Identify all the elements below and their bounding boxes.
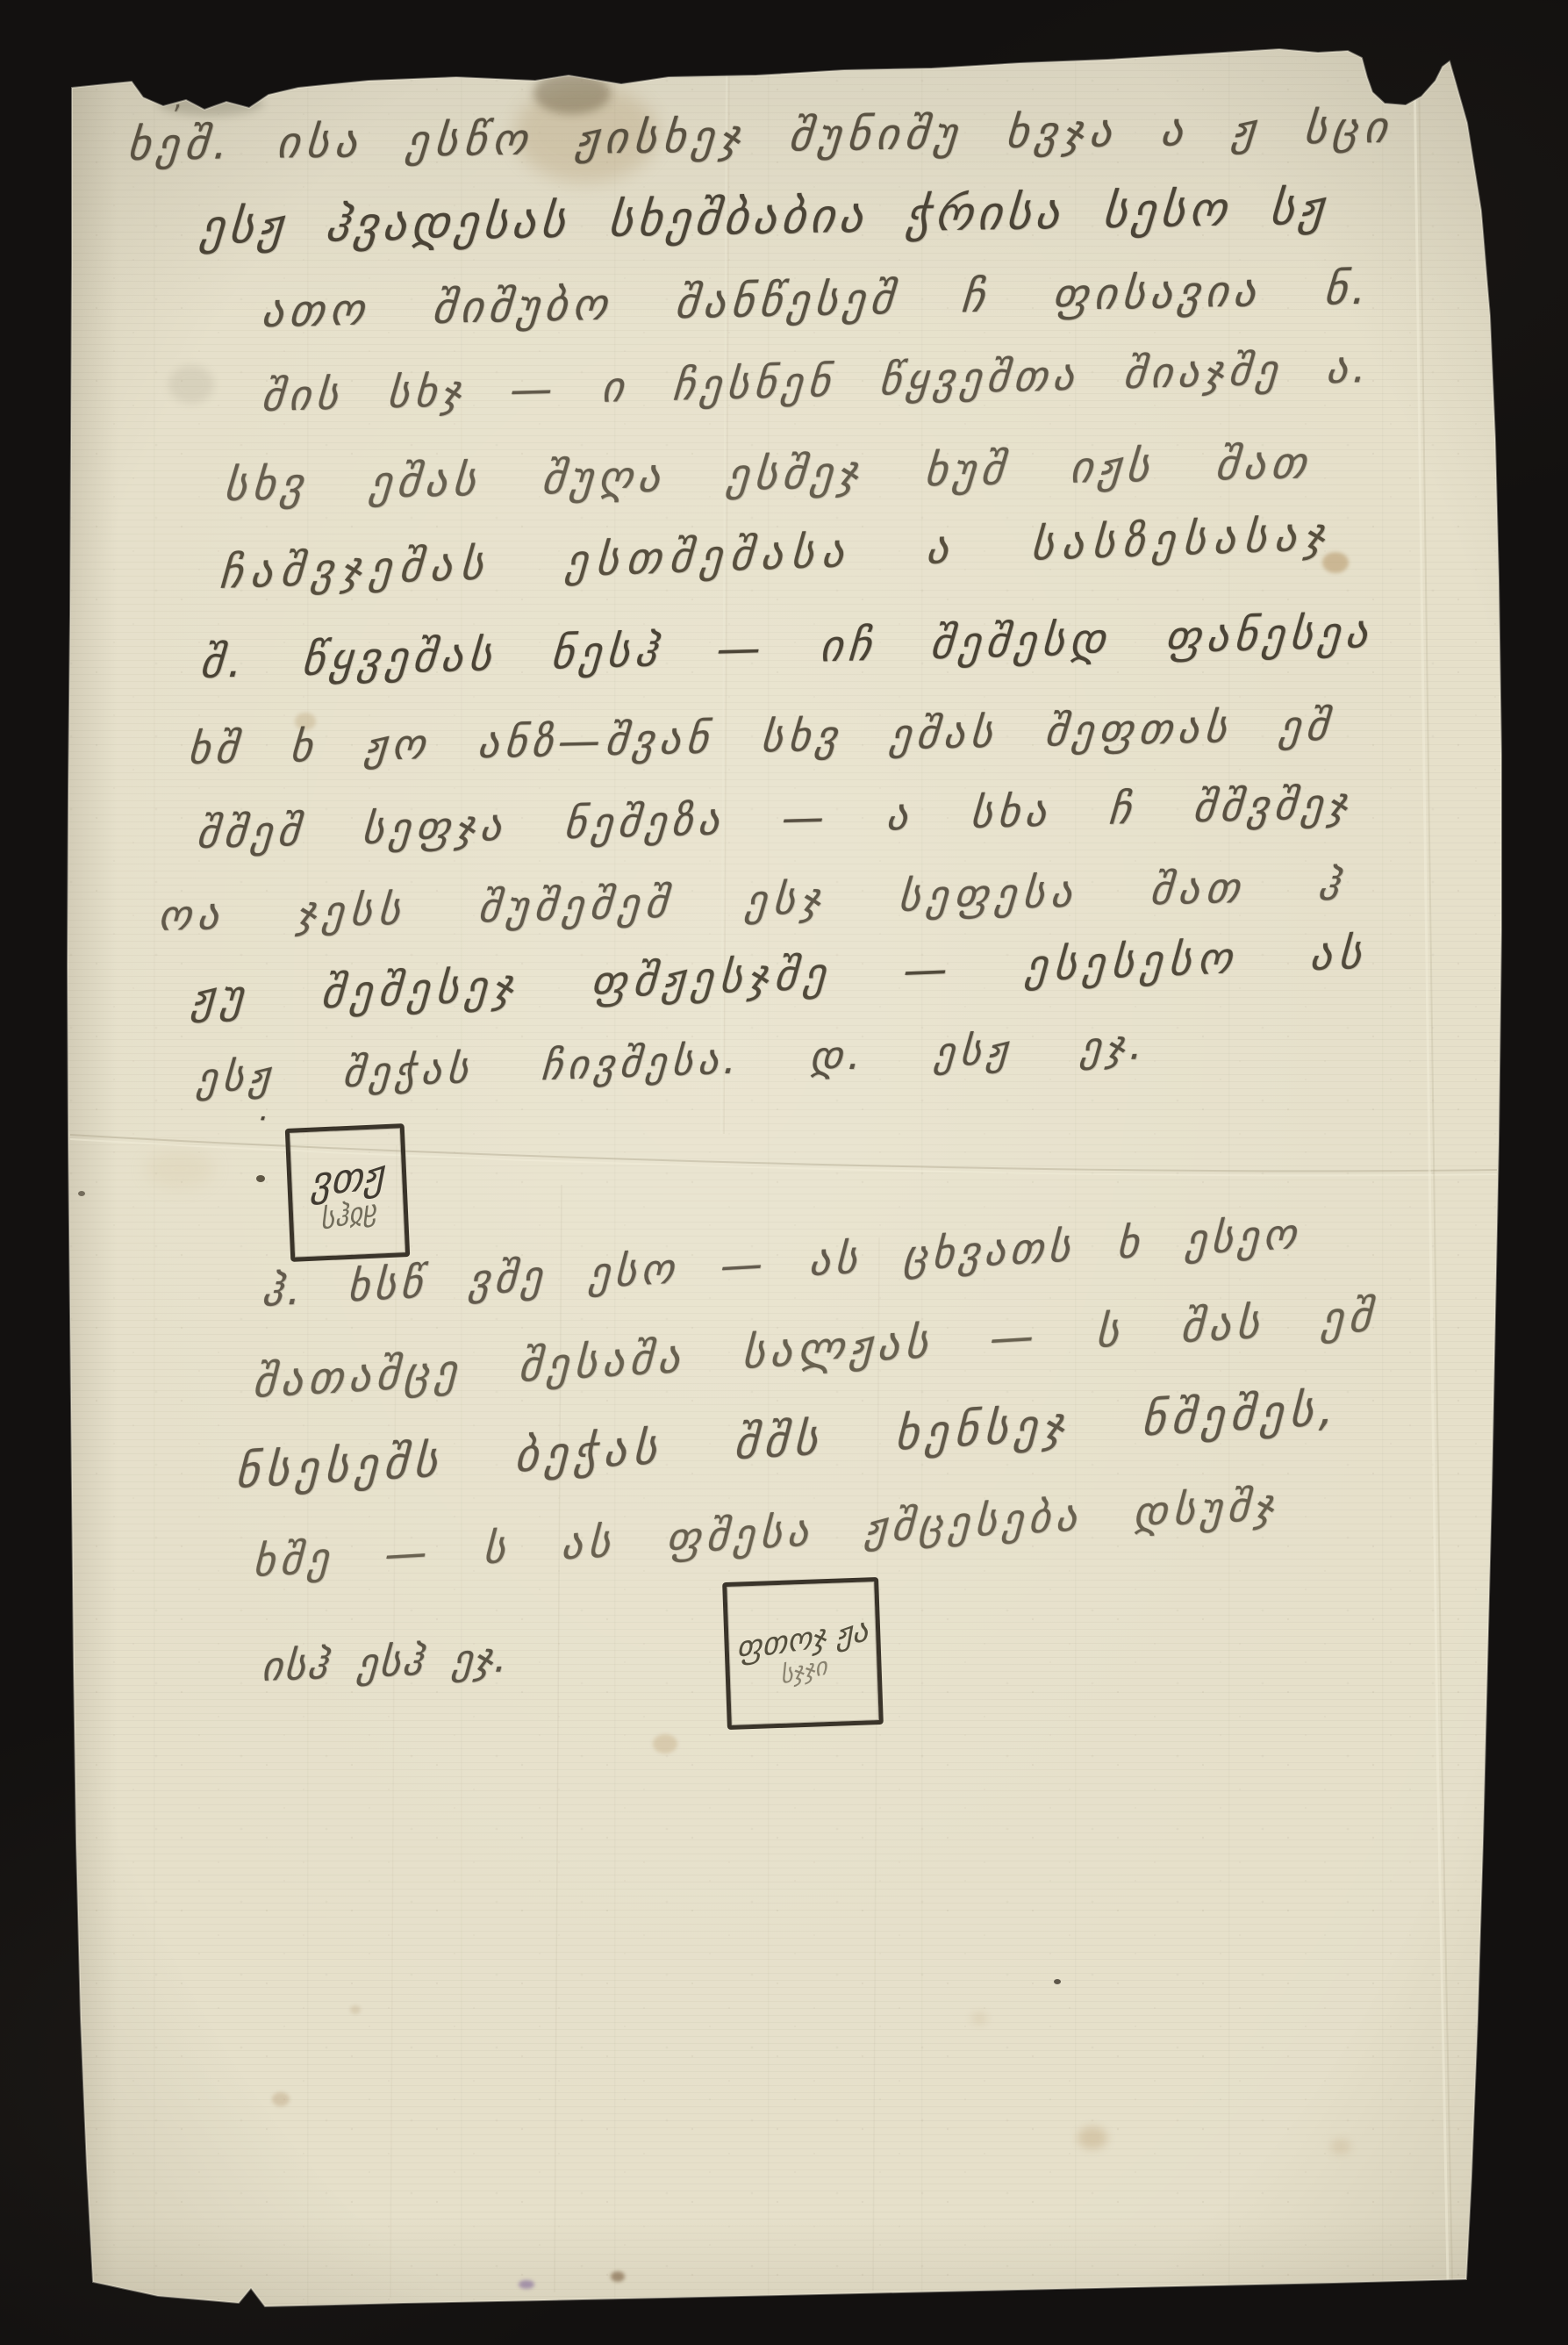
ink-stain bbox=[350, 2005, 361, 2014]
ink-stain bbox=[78, 1191, 85, 1196]
scan-stage: ხეშ. ისა ესწო ჟისხეჯ შუნიშუ ხვჯა ა ჟ სცი… bbox=[0, 0, 1568, 2345]
ink-stain bbox=[653, 1734, 677, 1753]
paper-sheet bbox=[0, 0, 1568, 2345]
ink-stain bbox=[145, 1150, 215, 1188]
ink-stain bbox=[1078, 2126, 1107, 2149]
paper-left-shade bbox=[68, 49, 1501, 2306]
ink-stain bbox=[295, 713, 316, 730]
ink-stain bbox=[611, 2271, 625, 2282]
ink-stain bbox=[1330, 2139, 1351, 2155]
ink-stain bbox=[971, 2012, 987, 2025]
ink-stain bbox=[533, 72, 611, 114]
ink-stain bbox=[272, 2092, 290, 2106]
ink-stain bbox=[256, 1175, 265, 1182]
ink-stain bbox=[1322, 552, 1349, 573]
ink-stain bbox=[168, 365, 214, 404]
ink-stain bbox=[519, 2280, 534, 2289]
ink-stain bbox=[1054, 1979, 1061, 1984]
